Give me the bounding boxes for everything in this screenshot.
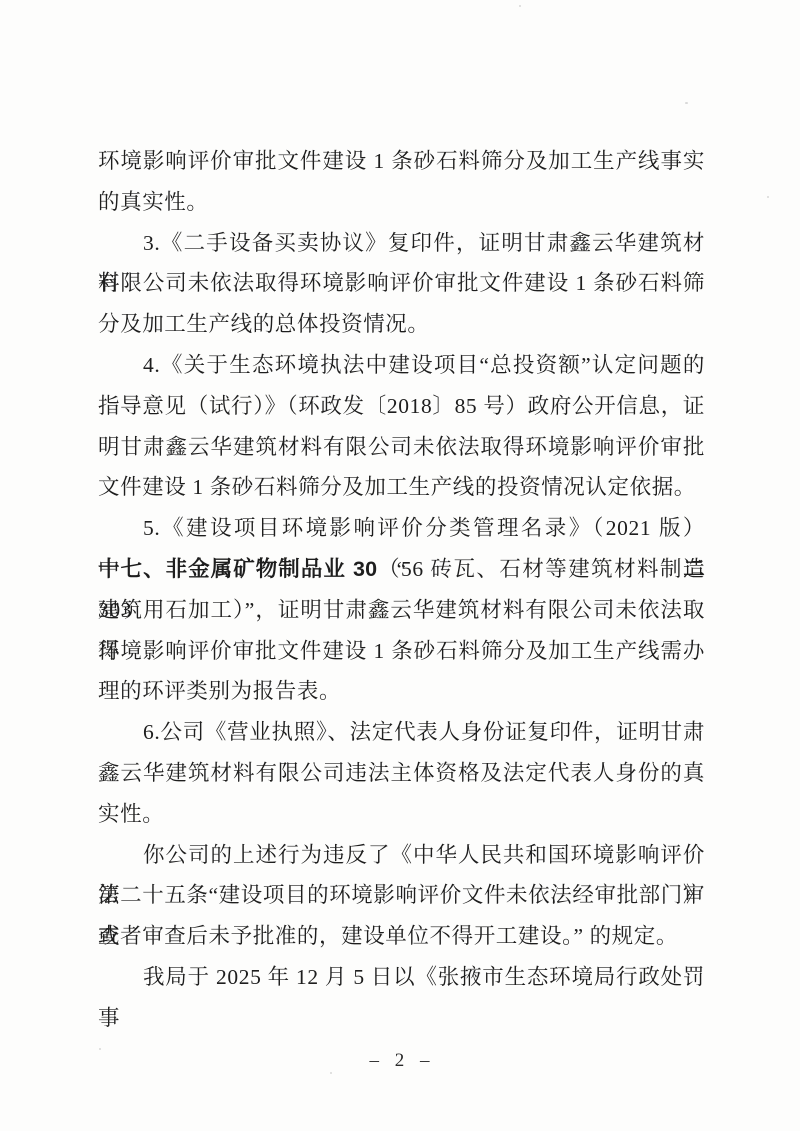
text-line: 环境影响评价审批文件建设 1 条砂石料筛分及加工生产线需办 xyxy=(98,631,705,672)
text-line: 6.公司《营业执照》、法定代表人身份证复印件，证明甘肃 xyxy=(98,712,705,753)
document-body: 环境影响评价审批文件建设 1 条砂石料筛分及加工生产线事实 的真实性。 3.《二… xyxy=(98,141,705,998)
text-line: 鑫云华建筑材料有限公司违法主体资格及法定代表人身份的真 xyxy=(98,753,705,794)
page-number: – 2 – xyxy=(0,1050,800,1072)
text-line: 明甘肃鑫云华建筑材料有限公司未依法取得环境影响评价审批 xyxy=(98,427,705,468)
text-line: 3.《二手设备买卖协议》复印件，证明甘肃鑫云华建筑材料 xyxy=(98,223,705,264)
bold-text-segment: 十七、非金属矿物制品业 30 xyxy=(98,557,377,581)
text-line: 第二十五条“建设项目的环境影响评价文件未依法经审批部门审查 xyxy=(98,875,705,916)
text-line: 有限公司未依法取得环境影响评价审批文件建设 1 条砂石料筛 xyxy=(98,263,705,304)
text-line: 5.《建设项目环境影响评价分类管理名录》（2021 版）中“二 xyxy=(98,508,705,549)
scanned-document-page: 环境影响评价审批文件建设 1 条砂石料筛分及加工生产线事实 的真实性。 3.《二… xyxy=(0,0,800,1131)
text-line: 建筑用石加工）”，证明甘肃鑫云华建筑材料有限公司未依法取得 xyxy=(98,590,705,631)
text-line: 的真实性。 xyxy=(98,182,705,223)
text-line: 你公司的上述行为违反了《中华人民共和国环境影响评价法》 xyxy=(98,835,705,876)
scan-speck xyxy=(330,1072,332,1074)
text-line: 十七、非金属矿物制品业 30（56 砖瓦、石材等建筑材料制造 303 xyxy=(98,549,705,590)
text-line: 指导意见（试行）》（环政发〔2018〕85 号）政府公开信息，证 xyxy=(98,386,705,427)
scan-speck xyxy=(767,196,769,198)
text-line: 我局于 2025 年 12 月 5 日以《张掖市生态环境局行政处罚事 xyxy=(98,957,705,998)
text-line: 环境影响评价审批文件建设 1 条砂石料筛分及加工生产线事实 xyxy=(98,141,705,182)
text-line: 分及加工生产线的总体投资情况。 xyxy=(98,304,705,345)
text-line: 实性。 xyxy=(98,794,705,835)
text-line: 理的环评类别为报告表。 xyxy=(98,671,705,712)
scan-speck xyxy=(99,1048,101,1050)
scan-speck xyxy=(685,102,688,104)
text-line: 或者审查后未予批准的，建设单位不得开工建设。” 的规定。 xyxy=(98,916,705,957)
scan-speck xyxy=(519,5,521,7)
text-line: 文件建设 1 条砂石料筛分及加工生产线的投资情况认定依据。 xyxy=(98,467,705,508)
text-line: 4.《关于生态环境执法中建设项目“总投资额”认定问题的 xyxy=(98,345,705,386)
